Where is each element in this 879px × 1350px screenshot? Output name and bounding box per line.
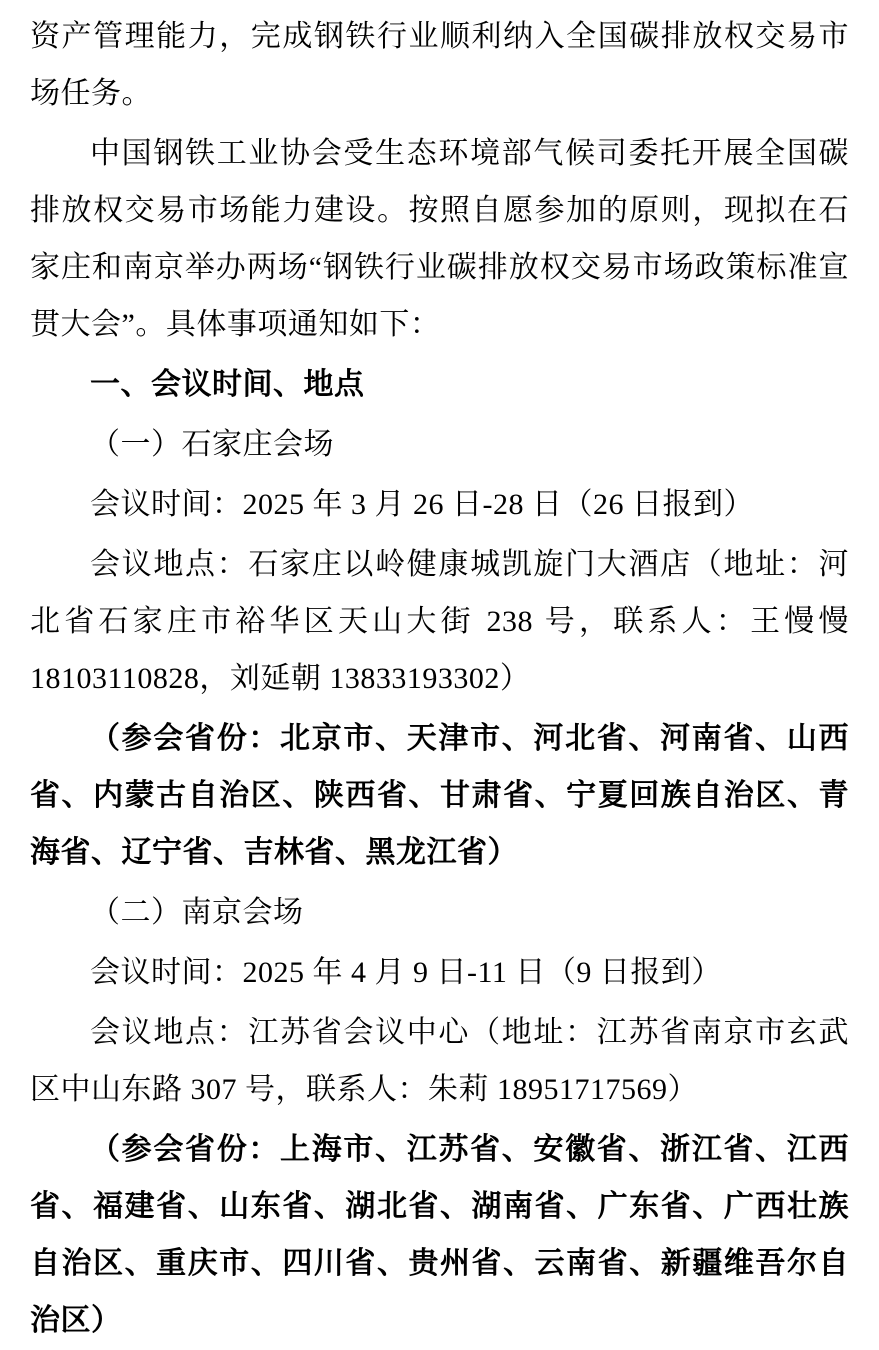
subheading-venue-nanjing: （二）南京会场: [30, 884, 849, 941]
subheading-venue-shijiazhuang: （一）石家庄会场: [30, 416, 849, 473]
paragraph-intro: 中国钢铁工业协会受生态环境部气候司委托开展全国碳排放权交易市场能力建设。按照自愿…: [30, 125, 849, 353]
meeting-time-shijiazhuang: 会议时间：2025 年 3 月 26 日-28 日（26 日报到）: [30, 476, 849, 533]
heading-section-1-meeting-time-location: 一、会议时间、地点: [30, 356, 849, 413]
meeting-time-nanjing: 会议时间：2025 年 4 月 9 日-11 日（9 日报到）: [30, 944, 849, 1001]
participating-provinces-shijiazhuang: （参会省份：北京市、天津市、河北省、河南省、山西省、内蒙古自治区、陕西省、甘肃省…: [30, 710, 849, 881]
paragraph-continuation: 资产管理能力，完成钢铁行业顺利纳入全国碳排放权交易市场任务。: [30, 8, 849, 122]
participating-provinces-nanjing: （参会省份：上海市、江苏省、安徽省、浙江省、江西省、福建省、山东省、湖北省、湖南…: [30, 1121, 849, 1349]
meeting-location-shijiazhuang: 会议地点：石家庄以岭健康城凯旋门大酒店（地址：河北省石家庄市裕华区天山大街 23…: [30, 536, 849, 707]
document-page: 资产管理能力，完成钢铁行业顺利纳入全国碳排放权交易市场任务。 中国钢铁工业协会受…: [0, 0, 879, 1350]
meeting-location-nanjing: 会议地点：江苏省会议中心（地址：江苏省南京市玄武区中山东路 307 号，联系人：…: [30, 1004, 849, 1118]
